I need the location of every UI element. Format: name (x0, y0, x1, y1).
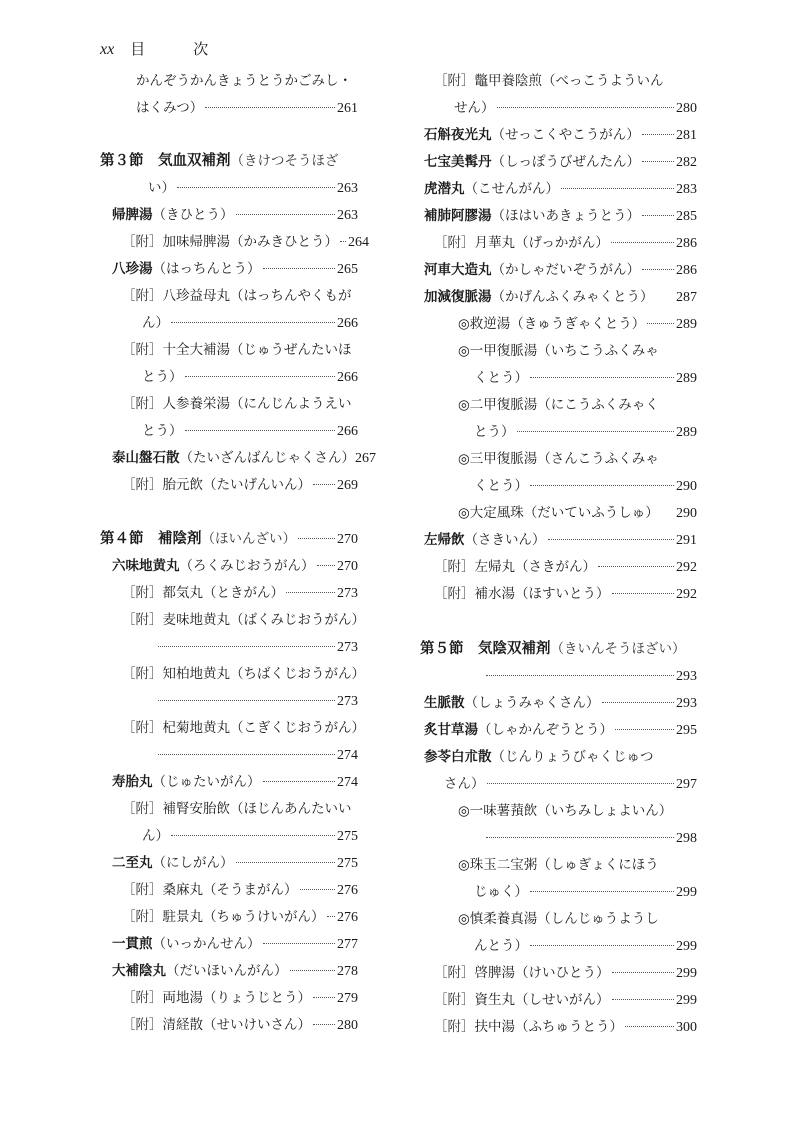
toc-page-number: 292 (676, 581, 697, 608)
dot-leader (313, 1024, 335, 1025)
toc-entry: せん）280 (420, 95, 697, 122)
toc-entry: とう）266 (100, 364, 358, 391)
entry-text: （ほはいあきょうとう） (492, 208, 641, 224)
toc-page-number: 273 (337, 580, 358, 607)
dot-leader (602, 702, 675, 703)
toc-entry: ◎慎柔養真湯（しんじゅうようし (420, 906, 697, 933)
toc-entry: ［附］知柏地黄丸（ちばくじおうがん） (100, 661, 358, 688)
toc-entry: 寿胎丸（じゅたいがん）274 (100, 769, 358, 796)
toc-page-number: 274 (337, 742, 358, 769)
toc-entry: ［附］都気丸（ときがん）273 (100, 580, 358, 607)
dot-leader (171, 322, 335, 323)
dot-leader (530, 945, 674, 946)
toc-entry-text: ［附］八珍益母丸（はっちんやくもが (122, 283, 352, 310)
toc-entry-text: ［附］啓脾湯（けいひとう） (434, 960, 610, 987)
toc-entry-text: くとう） (474, 473, 528, 500)
dot-leader (158, 754, 335, 755)
dot-leader (313, 997, 335, 998)
entry-text: んとう） (474, 938, 528, 954)
toc-entry: ［附］鼈甲養陰煎（べっこうよういん (420, 68, 697, 95)
entry-text: じゅく） (474, 884, 528, 900)
toc-page-number: 273 (337, 688, 358, 715)
appendix-tag: ［附］ (122, 990, 163, 1006)
entry-text: （たいざんばんじゃくさん） (180, 450, 356, 466)
toc-entry: ［附］両地湯（りょうじとう）279 (100, 985, 358, 1012)
dot-leader (340, 241, 346, 242)
dot-leader (185, 376, 336, 377)
toc-entry: 生脈散（しょうみゃくさん）293 (420, 690, 697, 717)
toc-entry-text: 第４節 補陰剤（ほいんざい） (100, 526, 296, 553)
toc-page-number: 291 (676, 527, 697, 554)
dot-leader (205, 107, 335, 108)
appendix-tag: ［附］ (434, 1019, 475, 1035)
toc-entry: ◎三甲復脈湯（さんこうふくみゃ (420, 446, 697, 473)
entry-text: ◎慎柔養真湯（しんじゅうようし (458, 911, 659, 927)
toc-page-number: 287 (676, 284, 697, 311)
toc-entry-text: ［附］清経散（せいけいさん） (122, 1012, 311, 1039)
toc-entry: 左帰飲（さきいん）291 (420, 527, 697, 554)
toc-entry-text: 八珍湯（はっちんとう） (112, 256, 261, 283)
dot-leader (171, 835, 335, 836)
toc-page-number: 276 (337, 904, 358, 931)
toc-entry-text: ◎三甲復脈湯（さんこうふくみゃ (458, 446, 659, 473)
entry-text: （だいほいんがん） (166, 963, 288, 979)
section-label: 第４節 補陰剤 (100, 531, 202, 547)
entry-text: ◎三甲復脈湯（さんこうふくみゃ (458, 451, 659, 467)
entry-text: ◎珠玉二宝粥（しゅぎょくにほう (458, 857, 659, 873)
toc-section-heading: 第３節 気血双補剤（きけつそうほざ (100, 148, 358, 175)
appendix-tag: ［附］ (122, 666, 163, 682)
dot-leader (517, 431, 675, 432)
toc-entry-text: ◎大定風珠（だいていふうしゅ） (458, 500, 659, 527)
dot-leader (642, 134, 674, 135)
toc-page-number: 270 (337, 553, 358, 580)
toc-entry: ［附］月華丸（げっかがん）286 (420, 230, 697, 257)
toc-entry-text: ◎二甲復脈湯（にこうふくみゃく (458, 392, 659, 419)
toc-entry-text: とう） (142, 364, 183, 391)
entry-text: とう） (142, 369, 183, 385)
toc-entry-text: ［附］左帰丸（さきがん） (434, 554, 596, 581)
toc-page-number: 290 (676, 500, 697, 527)
entry-text: 左帰丸（さきがん） (475, 559, 597, 575)
toc-entry-text: ［附］胎元飲（たいげんいん） (122, 472, 311, 499)
appendix-tag: ［附］ (122, 909, 163, 925)
dot-leader (642, 269, 674, 270)
toc-entry-text: ◎慎柔養真湯（しんじゅうようし (458, 906, 659, 933)
toc-entry: ［附］胎元飲（たいげんいん）269 (100, 472, 358, 499)
entry-text: とう） (142, 423, 183, 439)
running-header: xx 目 次 (100, 38, 208, 59)
dot-leader (298, 538, 335, 539)
toc-entry: ◎救逆湯（きゅうぎゃくとう）289 (420, 311, 697, 338)
appendix-tag: ［附］ (434, 235, 475, 251)
appendix-tag: ［附］ (122, 1017, 163, 1033)
toc-page-number: 286 (676, 230, 697, 257)
toc-page-number: 278 (337, 958, 358, 985)
entry-text: 駐景丸（ちゅうけいがん） (163, 909, 325, 925)
appendix-tag: ［附］ (122, 585, 163, 601)
appendix-tag: ［附］ (434, 73, 475, 89)
toc-page-number: 265 (337, 256, 358, 283)
entry-text: くとう） (474, 478, 528, 494)
toc-entry: とう）266 (100, 418, 358, 445)
entry-text: せん） (454, 100, 495, 116)
toc-entry: ん）275 (100, 823, 358, 850)
toc-page-number: 267 (355, 445, 376, 472)
toc-entry-text: ん） (142, 823, 169, 850)
dot-leader (497, 107, 675, 108)
dot-leader (561, 188, 674, 189)
toc-entry-text: せん） (454, 95, 495, 122)
toc-page-number: 299 (676, 933, 697, 960)
dot-leader (236, 862, 336, 863)
entry-text: （しゃかんぞうとう） (478, 722, 613, 738)
toc-page-number: 293 (676, 690, 697, 717)
toc-page-number: 285 (676, 203, 697, 230)
entry-text: （しっぽうびぜんたん） (492, 154, 641, 170)
entry-text: 啓脾湯（けいひとう） (475, 965, 610, 981)
entry-text: 月華丸（げっかがん） (475, 235, 609, 251)
section-reading: （きけつそうほざ (231, 153, 339, 169)
toc-page-number: 276 (337, 877, 358, 904)
entry-text: ◎救逆湯（きゅうぎゃくとう） (458, 316, 645, 332)
toc-entry: 298 (420, 825, 697, 852)
toc-entry-text: 帰脾湯（きひとう） (112, 202, 234, 229)
formula-name: 炙甘草湯 (424, 722, 478, 738)
entry-text: （さきいん） (465, 532, 546, 548)
toc-entry-text: ［附］補腎安胎飲（ほじんあんたいい (122, 796, 352, 823)
entry-text: 人参養栄湯（にんじんようえい (163, 396, 352, 412)
dot-leader (598, 566, 674, 567)
toc-entry: ［附］人参養栄湯（にんじんようえい (100, 391, 358, 418)
toc-entry: くとう）290 (420, 473, 697, 500)
formula-name: 六味地黄丸 (112, 558, 180, 574)
toc-entry: くとう）289 (420, 365, 697, 392)
toc-entry: 炙甘草湯（しゃかんぞうとう）295 (420, 717, 697, 744)
toc-entry: ［附］麦味地黄丸（ばくみじおうがん） (100, 607, 358, 634)
dot-leader (158, 646, 335, 647)
toc-entry-text: ［附］月華丸（げっかがん） (434, 230, 609, 257)
toc-entry-text: じゅく） (474, 879, 528, 906)
entry-text: くとう） (474, 370, 528, 386)
toc-entry-text: 第３節 気血双補剤（きけつそうほざ (100, 148, 339, 175)
toc-entry-text: とう） (474, 419, 515, 446)
toc-entry: 273 (100, 634, 358, 661)
toc-entry: 八珍湯（はっちんとう）265 (100, 256, 358, 283)
appendix-tag: ［附］ (434, 559, 475, 575)
toc-entry-text: 河車大造丸（かしゃだいぞうがん） (424, 257, 640, 284)
toc-page-number: 282 (676, 149, 697, 176)
toc-entry: 274 (100, 742, 358, 769)
toc-entry: ん）266 (100, 310, 358, 337)
dot-leader (236, 214, 336, 215)
toc-page-number: 283 (676, 176, 697, 203)
toc-page-number: 298 (676, 825, 697, 852)
appendix-tag: ［附］ (434, 586, 475, 602)
toc-entry: 273 (100, 688, 358, 715)
entry-text: （じゅたいがん） (153, 774, 261, 790)
entry-text: 十全大補湯（じゅうぜんたいほ (163, 342, 352, 358)
dot-leader (530, 377, 674, 378)
entry-text: 鼈甲養陰煎（べっこうよういん (475, 73, 664, 89)
entry-text: （こせんがん） (465, 181, 560, 197)
toc-entry-text: ［附］都気丸（ときがん） (122, 580, 284, 607)
dot-leader (548, 539, 675, 540)
toc-entry-text: 二至丸（にしがん） (112, 850, 234, 877)
toc-entry: ［附］駐景丸（ちゅうけいがん）276 (100, 904, 358, 931)
dot-leader (625, 1026, 674, 1027)
appendix-tag: ［附］ (122, 612, 163, 628)
toc-entry: 補肺阿膠湯（ほはいあきょうとう）285 (420, 203, 697, 230)
entry-text: 桑麻丸（そうまがん） (163, 882, 298, 898)
appendix-tag: ［附］ (434, 965, 475, 981)
toc-page-number: 293 (676, 663, 697, 690)
toc-entry-text: 泰山盤石散（たいざんばんじゃくさん） (112, 445, 355, 472)
dot-leader (530, 891, 674, 892)
toc-page-number: 281 (676, 122, 697, 149)
appendix-tag: ［附］ (122, 342, 163, 358)
entry-text: ◎一甲復脈湯（いちこうふくみゃ (458, 343, 659, 359)
dot-leader (185, 430, 336, 431)
toc-entry: ［附］補腎安胎飲（ほじんあんたいい (100, 796, 358, 823)
toc-entry-text: 参苓白朮散（じんりょうびゃくじゅつ (424, 744, 654, 771)
toc-page-number: 269 (337, 472, 358, 499)
entry-text: 八珍益母丸（はっちんやくもが (163, 288, 352, 304)
toc-entry-text: 大補陰丸（だいほいんがん） (112, 958, 288, 985)
toc-entry: 293 (420, 663, 697, 690)
dot-leader (263, 943, 336, 944)
toc-entry-text: ［附］資生丸（しせいがん） (434, 987, 610, 1014)
toc-page-number: 280 (676, 95, 697, 122)
dot-leader (487, 783, 675, 784)
dot-leader (327, 916, 336, 917)
dot-leader (486, 837, 674, 838)
toc-entry-text: ◎救逆湯（きゅうぎゃくとう） (458, 311, 645, 338)
formula-name: 虎潜丸 (424, 181, 465, 197)
toc-entry: ◎珠玉二宝粥（しゅぎょくにほう (420, 852, 697, 879)
toc-entry: ［附］十全大補湯（じゅうぜんたいほ (100, 337, 358, 364)
toc-entry-text: 左帰飲（さきいん） (424, 527, 546, 554)
dot-leader (486, 675, 674, 676)
toc-entry-text: ◎一甲復脈湯（いちこうふくみゃ (458, 338, 659, 365)
toc-entry-text: い） (148, 175, 175, 202)
entry-text: 扶中湯（ふちゅうとう） (475, 1019, 624, 1035)
toc-entry: ［附］杞菊地黄丸（こぎくじおうがん） (100, 715, 358, 742)
entry-text: 胎元飲（たいげんいん） (163, 477, 312, 493)
toc-entry: ◎大定風珠（だいていふうしゅ）290 (420, 500, 697, 527)
dot-leader (286, 592, 335, 593)
appendix-tag: ［附］ (122, 234, 163, 250)
toc-section-heading: 第４節 補陰剤（ほいんざい）270 (100, 526, 358, 553)
dot-leader (317, 565, 336, 566)
toc-entry: 石斛夜光丸（せっこくやこうがん）281 (420, 122, 697, 149)
dot-leader (611, 242, 674, 243)
toc-page-number: 289 (676, 419, 697, 446)
entry-text: 都気丸（ときがん） (163, 585, 285, 601)
toc-entry: はくみつ）261 (100, 95, 358, 122)
appendix-tag: ［附］ (122, 720, 163, 736)
toc-entry-text: ［附］両地湯（りょうじとう） (122, 985, 311, 1012)
toc-page-number: 261 (337, 95, 358, 122)
toc-entry: んとう）299 (420, 933, 697, 960)
entry-text: （きひとう） (153, 207, 234, 223)
toc-entry: ［附］加味帰脾湯（かみきひとう）264 (100, 229, 358, 256)
toc-entry: い）263 (100, 175, 358, 202)
toc-entry-text: かんぞうかんきょうとうかごみし・ (136, 68, 352, 95)
toc-entry: 帰脾湯（きひとう）263 (100, 202, 358, 229)
entry-text: 補水湯（ほすいとう） (475, 586, 610, 602)
toc-entry-text: 石斛夜光丸（せっこくやこうがん） (424, 122, 640, 149)
toc-entry-text: ◎珠玉二宝粥（しゅぎょくにほう (458, 852, 659, 879)
toc-entry: じゅく）299 (420, 879, 697, 906)
entry-text: （じんりょうびゃくじゅつ (492, 749, 654, 765)
section-reading: （ほいんざい） (202, 531, 297, 547)
toc-entry-text: 一貫煎（いっかんせん） (112, 931, 261, 958)
dot-leader (642, 215, 674, 216)
toc-entry: ［附］資生丸（しせいがん）299 (420, 987, 697, 1014)
header-title-2: 次 (193, 38, 208, 59)
entry-text: ん） (142, 828, 169, 844)
toc-entry-text: ［附］扶中湯（ふちゅうとう） (434, 1014, 623, 1041)
toc-entry: 加減復脈湯（かげんふくみゃくとう）287 (420, 284, 697, 311)
entry-text: ◎一味薯蕷飲（いちみしょよいん） (458, 803, 672, 819)
toc-entry: 参苓白朮散（じんりょうびゃくじゅつ (420, 744, 697, 771)
toc-entry: ［附］桑麻丸（そうまがん）276 (100, 877, 358, 904)
toc-entry-text: ［附］杞菊地黄丸（こぎくじおうがん） (122, 715, 365, 742)
toc-page-number: 300 (676, 1014, 697, 1041)
toc-page-number: 273 (337, 634, 358, 661)
toc-entry-text: ［附］麦味地黄丸（ばくみじおうがん） (122, 607, 365, 634)
toc-entry: ◎一甲復脈湯（いちこうふくみゃ (420, 338, 697, 365)
toc-entry: ◎二甲復脈湯（にこうふくみゃく (420, 392, 697, 419)
formula-name: 八珍湯 (112, 261, 153, 277)
toc-entry: 虎潜丸（こせんがん）283 (420, 176, 697, 203)
appendix-tag: ［附］ (434, 992, 475, 1008)
dot-leader (158, 700, 335, 701)
dot-leader (313, 484, 335, 485)
appendix-tag: ［附］ (122, 288, 163, 304)
toc-page-number: 275 (337, 823, 358, 850)
toc-entry: かんぞうかんきょうとうかごみし・ (100, 68, 358, 95)
entry-text: （しょうみゃくさん） (465, 695, 600, 711)
toc-page-number: 270 (337, 526, 358, 553)
entry-text: 杞菊地黄丸（こぎくじおうがん） (163, 720, 366, 736)
dot-leader (290, 970, 336, 971)
toc-page-number: 266 (337, 364, 358, 391)
entry-text: かんぞうかんきょうとうかごみし・ (136, 73, 352, 89)
toc-entry-text: 寿胎丸（じゅたいがん） (112, 769, 261, 796)
entry-text: 加味帰脾湯（かみきひとう） (163, 234, 339, 250)
dot-leader (642, 161, 674, 162)
toc-entry-text: 補肺阿膠湯（ほはいあきょうとう） (424, 203, 640, 230)
toc-entry-text: ［附］鼈甲養陰煎（べっこうよういん (434, 68, 664, 95)
toc-entry: さん）297 (420, 771, 697, 798)
toc-entry-text: はくみつ） (136, 95, 203, 122)
entry-text: 両地湯（りょうじとう） (163, 990, 312, 1006)
entry-text: 資生丸（しせいがん） (475, 992, 610, 1008)
toc-entry-text: ［附］補水湯（ほすいとう） (434, 581, 610, 608)
formula-name: 一貫煎 (112, 936, 153, 952)
formula-name: 石斛夜光丸 (424, 127, 492, 143)
entry-text: （にしがん） (153, 855, 234, 871)
toc-page-number: 292 (676, 554, 697, 581)
entry-text: い） (148, 180, 175, 196)
dot-leader (612, 972, 675, 973)
page-number: xx (100, 41, 114, 59)
formula-name: 帰脾湯 (112, 207, 153, 223)
toc-entry-text: 七宝美髯丹（しっぽうびぜんたん） (424, 149, 640, 176)
entry-text: ん） (142, 315, 169, 331)
toc-entry-text: ［附］桑麻丸（そうまがん） (122, 877, 298, 904)
formula-name: 加減復脈湯 (424, 289, 492, 305)
dot-leader (300, 889, 336, 890)
formula-name: 泰山盤石散 (112, 450, 180, 466)
toc-page-number: 280 (337, 1012, 358, 1039)
toc-entry-text: 第５節 気陰双補剤（きいんそうほざい） (420, 636, 686, 663)
entry-text: （はっちんとう） (153, 261, 261, 277)
toc-entry: ［附］扶中湯（ふちゅうとう）300 (420, 1014, 697, 1041)
toc-entry: 一貫煎（いっかんせん）277 (100, 931, 358, 958)
dot-leader (612, 593, 675, 594)
toc-entry-text: 加減復脈湯（かげんふくみゃくとう） (424, 284, 654, 311)
toc-entry-text: さん） (444, 771, 485, 798)
toc-entry: ［附］補水湯（ほすいとう）292 (420, 581, 697, 608)
formula-name: 寿胎丸 (112, 774, 153, 790)
dot-leader (530, 485, 674, 486)
toc-page-number: 295 (676, 717, 697, 744)
entry-text: ◎大定風珠（だいていふうしゅ） (458, 505, 659, 521)
entry-text: 知柏地黄丸（ちばくじおうがん） (163, 666, 366, 682)
toc-entry-text: 虎潜丸（こせんがん） (424, 176, 559, 203)
toc-entry-text: 六味地黄丸（ろくみじおうがん） (112, 553, 315, 580)
toc-entry: ◎一味薯蕷飲（いちみしょよいん） (420, 798, 697, 825)
dot-leader (263, 268, 336, 269)
formula-name: 七宝美髯丹 (424, 154, 492, 170)
toc-page-number: 279 (337, 985, 358, 1012)
formula-name: 生脈散 (424, 695, 465, 711)
toc-page-number: 266 (337, 310, 358, 337)
toc-entry-text: 生脈散（しょうみゃくさん） (424, 690, 600, 717)
section-label: 第３節 気血双補剤 (100, 153, 231, 169)
entry-text: さん） (444, 776, 485, 792)
toc-page-number: 275 (337, 850, 358, 877)
formula-name: 左帰飲 (424, 532, 465, 548)
toc-entry-text: ［附］加味帰脾湯（かみきひとう） (122, 229, 338, 256)
appendix-tag: ［附］ (122, 801, 163, 817)
entry-text: （いっかんせん） (153, 936, 261, 952)
entry-text: 麦味地黄丸（ばくみじおうがん） (163, 612, 366, 628)
toc-entry-text: んとう） (474, 933, 528, 960)
entry-text: はくみつ） (136, 100, 203, 116)
toc-entry: 大補陰丸（だいほいんがん）278 (100, 958, 358, 985)
toc-page-number: 263 (337, 202, 358, 229)
toc-entry-text: とう） (142, 418, 183, 445)
appendix-tag: ［附］ (122, 477, 163, 493)
toc-page-number: 263 (337, 175, 358, 202)
header-title-1: 目 (130, 38, 145, 59)
toc-entry-text: ［附］駐景丸（ちゅうけいがん） (122, 904, 325, 931)
dot-leader (263, 781, 336, 782)
toc-page-number: 297 (676, 771, 697, 798)
toc-entry-text: ［附］十全大補湯（じゅうぜんたいほ (122, 337, 352, 364)
toc-page-number: 277 (337, 931, 358, 958)
toc-entry: ［附］左帰丸（さきがん）292 (420, 554, 697, 581)
entry-text: ◎二甲復脈湯（にこうふくみゃく (458, 397, 659, 413)
toc-page-number: 289 (676, 365, 697, 392)
toc-entry-text: ん） (142, 310, 169, 337)
entry-text: （せっこくやこうがん） (492, 127, 640, 143)
toc-entry: 七宝美髯丹（しっぽうびぜんたん）282 (420, 149, 697, 176)
